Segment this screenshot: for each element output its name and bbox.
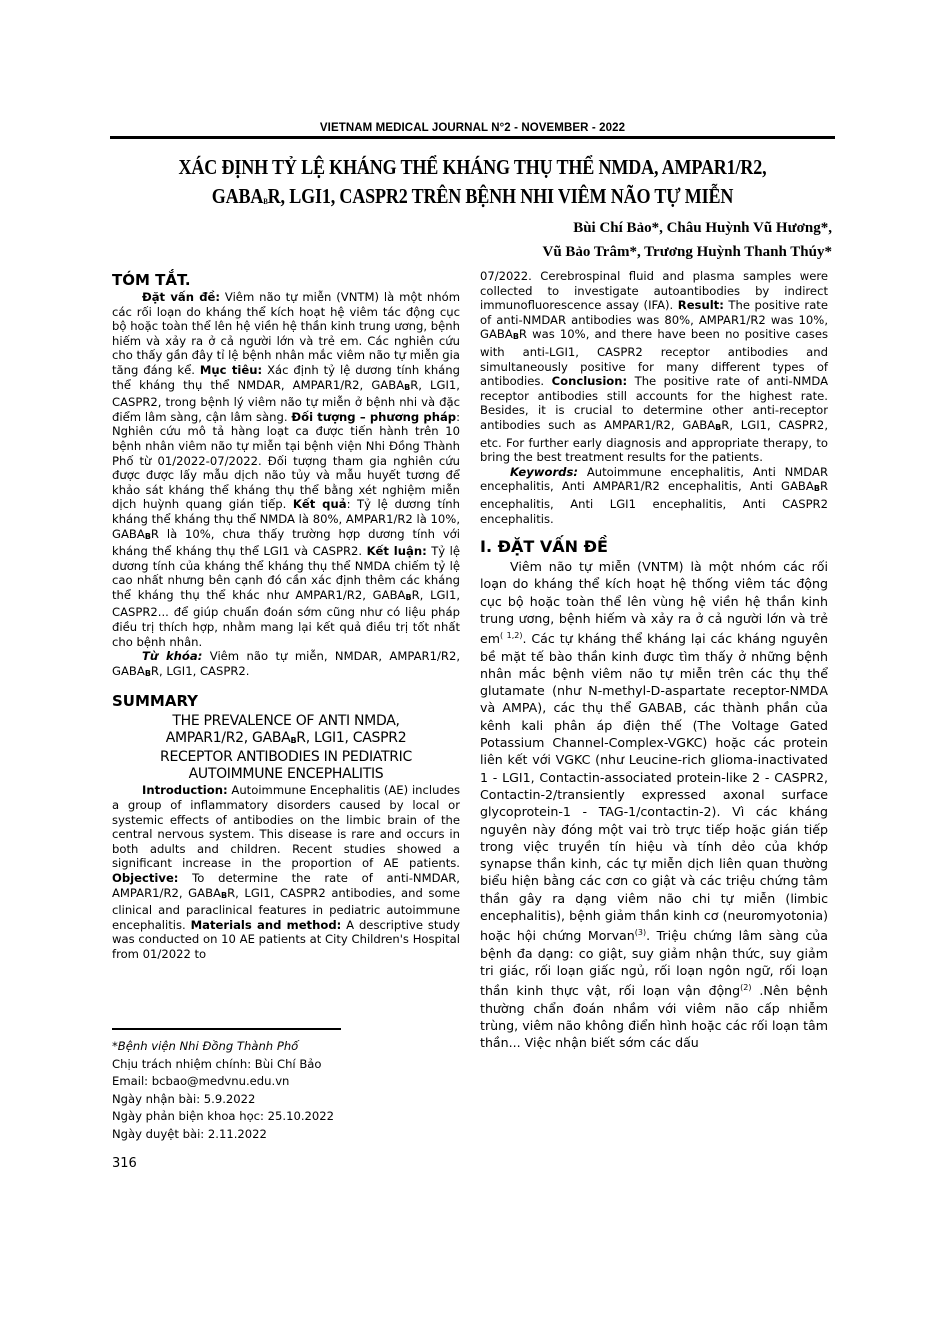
footnotes: *Bệnh viện Nhi Đồng Thành Phố Chịu trách… xyxy=(112,1038,460,1143)
summary-title: THE PREVALENCE OF ANTI NMDA, AMPAR1/R2, … xyxy=(112,713,460,783)
body-text: . Các tự kháng thể kháng lại các kháng n… xyxy=(480,631,828,943)
header-rule xyxy=(110,136,835,139)
summary-title-line: THE PREVALENCE OF ANTI NMDA, xyxy=(112,713,460,730)
abstract-vi-body: Đặt vấn đề: Viêm não tự miễn (VNTM) là m… xyxy=(112,290,460,649)
label-conclusion: Kết luận: xyxy=(367,544,427,558)
keywords-en: Keywords: Autoimmune encephalitis, Anti … xyxy=(480,465,828,526)
title-text: R, LGI1, CASPR2 TRÊN BỆNH NHI VIÊM NÃO T… xyxy=(268,184,734,208)
label-objective: Objective: xyxy=(112,871,178,885)
section-1-body: Viêm não tự miễn (VNTM) là một nhóm các … xyxy=(480,558,828,1051)
footnote-rule xyxy=(112,1028,341,1030)
label-background: Đặt vấn đề: xyxy=(142,290,220,304)
email[interactable]: Email: bcbao@medvnu.edu.vn xyxy=(112,1073,460,1091)
text-keywords: R, LGI1, CASPR2. xyxy=(151,664,250,678)
label-methods: Materials and method: xyxy=(191,918,342,932)
summary-title-line: RECEPTOR ANTIBODIES IN PEDIATRIC xyxy=(112,749,460,766)
citation-ref[interactable]: (2) xyxy=(740,983,751,992)
title-text: R, LGI1, CASPR2 xyxy=(296,730,406,746)
date-received: Ngày nhận bài: 5.9.2022 xyxy=(112,1091,460,1109)
date-accepted: Ngày duyệt bài: 2.11.2022 xyxy=(112,1126,460,1144)
date-reviewed: Ngày phản biện khoa học: 25.10.2022 xyxy=(112,1108,460,1126)
abstract-en-body-left: Introduction: Autoimmune Encephalitis (A… xyxy=(112,783,460,961)
running-head: VIETNAM MEDICAL JOURNAL N°2 - NOVEMBER -… xyxy=(110,122,835,134)
author-list: Bùi Chí Bảo*, Châu Huỳnh Vũ Hương*, Vũ B… xyxy=(332,216,832,264)
left-column: TÓM TẮT. Đặt vấn đề: Viêm não tự miễn (V… xyxy=(112,270,460,962)
abstract-en-body-right: 07/2022. Cerebrospinal fluid and plasma … xyxy=(480,269,828,465)
label-methods: Đối tượng – phương pháp xyxy=(291,410,456,424)
title-text: AMPAR1/R2, GABA xyxy=(166,730,291,746)
title-text: GABA xyxy=(212,184,263,208)
label-result: Result: xyxy=(678,298,724,312)
affiliation: *Bệnh viện Nhi Đồng Thành Phố xyxy=(112,1038,460,1056)
label-objective: Mục tiêu: xyxy=(200,363,262,377)
keywords-vi: Từ khóa: Viêm não tự miễn, NMDAR, AMPAR1… xyxy=(112,649,460,681)
label-introduction: Introduction: xyxy=(142,783,228,797)
summary-title-line: AMPAR1/R2, GABABR, LGI1, CASPR2 xyxy=(112,730,460,749)
label-results: Kết quả xyxy=(293,497,347,511)
page-number: 316 xyxy=(112,1156,137,1171)
summary-title-line: AUTOIMMUNE ENCEPHALITIS xyxy=(112,766,460,783)
label-keywords: Từ khóa: xyxy=(142,649,202,663)
abstract-vi-heading: TÓM TẮT. xyxy=(112,270,460,290)
title-line-2: GABABR, LGI1, CASPR2 TRÊN BỆNH NHI VIÊM … xyxy=(161,182,785,216)
section-1-heading: I. ĐẶT VẤN ĐỀ xyxy=(480,536,828,558)
citation-ref[interactable]: (3) xyxy=(635,928,646,937)
article-title: XÁC ĐỊNH TỶ LỆ KHÁNG THỂ KHÁNG THỤ THỂ N… xyxy=(161,153,785,216)
right-column: 07/2022. Cerebrospinal fluid and plasma … xyxy=(480,269,828,1051)
summary-heading: SUMMARY xyxy=(112,691,460,711)
corresponding-author: Chịu trách nhiệm chính: Bùi Chí Bảo xyxy=(112,1056,460,1074)
text-methods: : Nghiên cứu mô tả hàng loạt ca được tiế… xyxy=(112,410,460,512)
title-line-1: XÁC ĐỊNH TỶ LỆ KHÁNG THỂ KHÁNG THỤ THỂ N… xyxy=(161,153,785,182)
authors-line-2: Vũ Bảo Trâm*, Trương Huỳnh Thanh Thúy* xyxy=(332,240,832,264)
label-conclusion: Conclusion: xyxy=(552,374,628,388)
journal-page: VIETNAM MEDICAL JOURNAL N°2 - NOVEMBER -… xyxy=(0,0,942,1333)
citation-ref[interactable]: ( 1,2) xyxy=(500,631,522,640)
label-keywords: Keywords: xyxy=(510,465,578,479)
authors-line-1: Bùi Chí Bảo*, Châu Huỳnh Vũ Hương*, xyxy=(332,216,832,240)
